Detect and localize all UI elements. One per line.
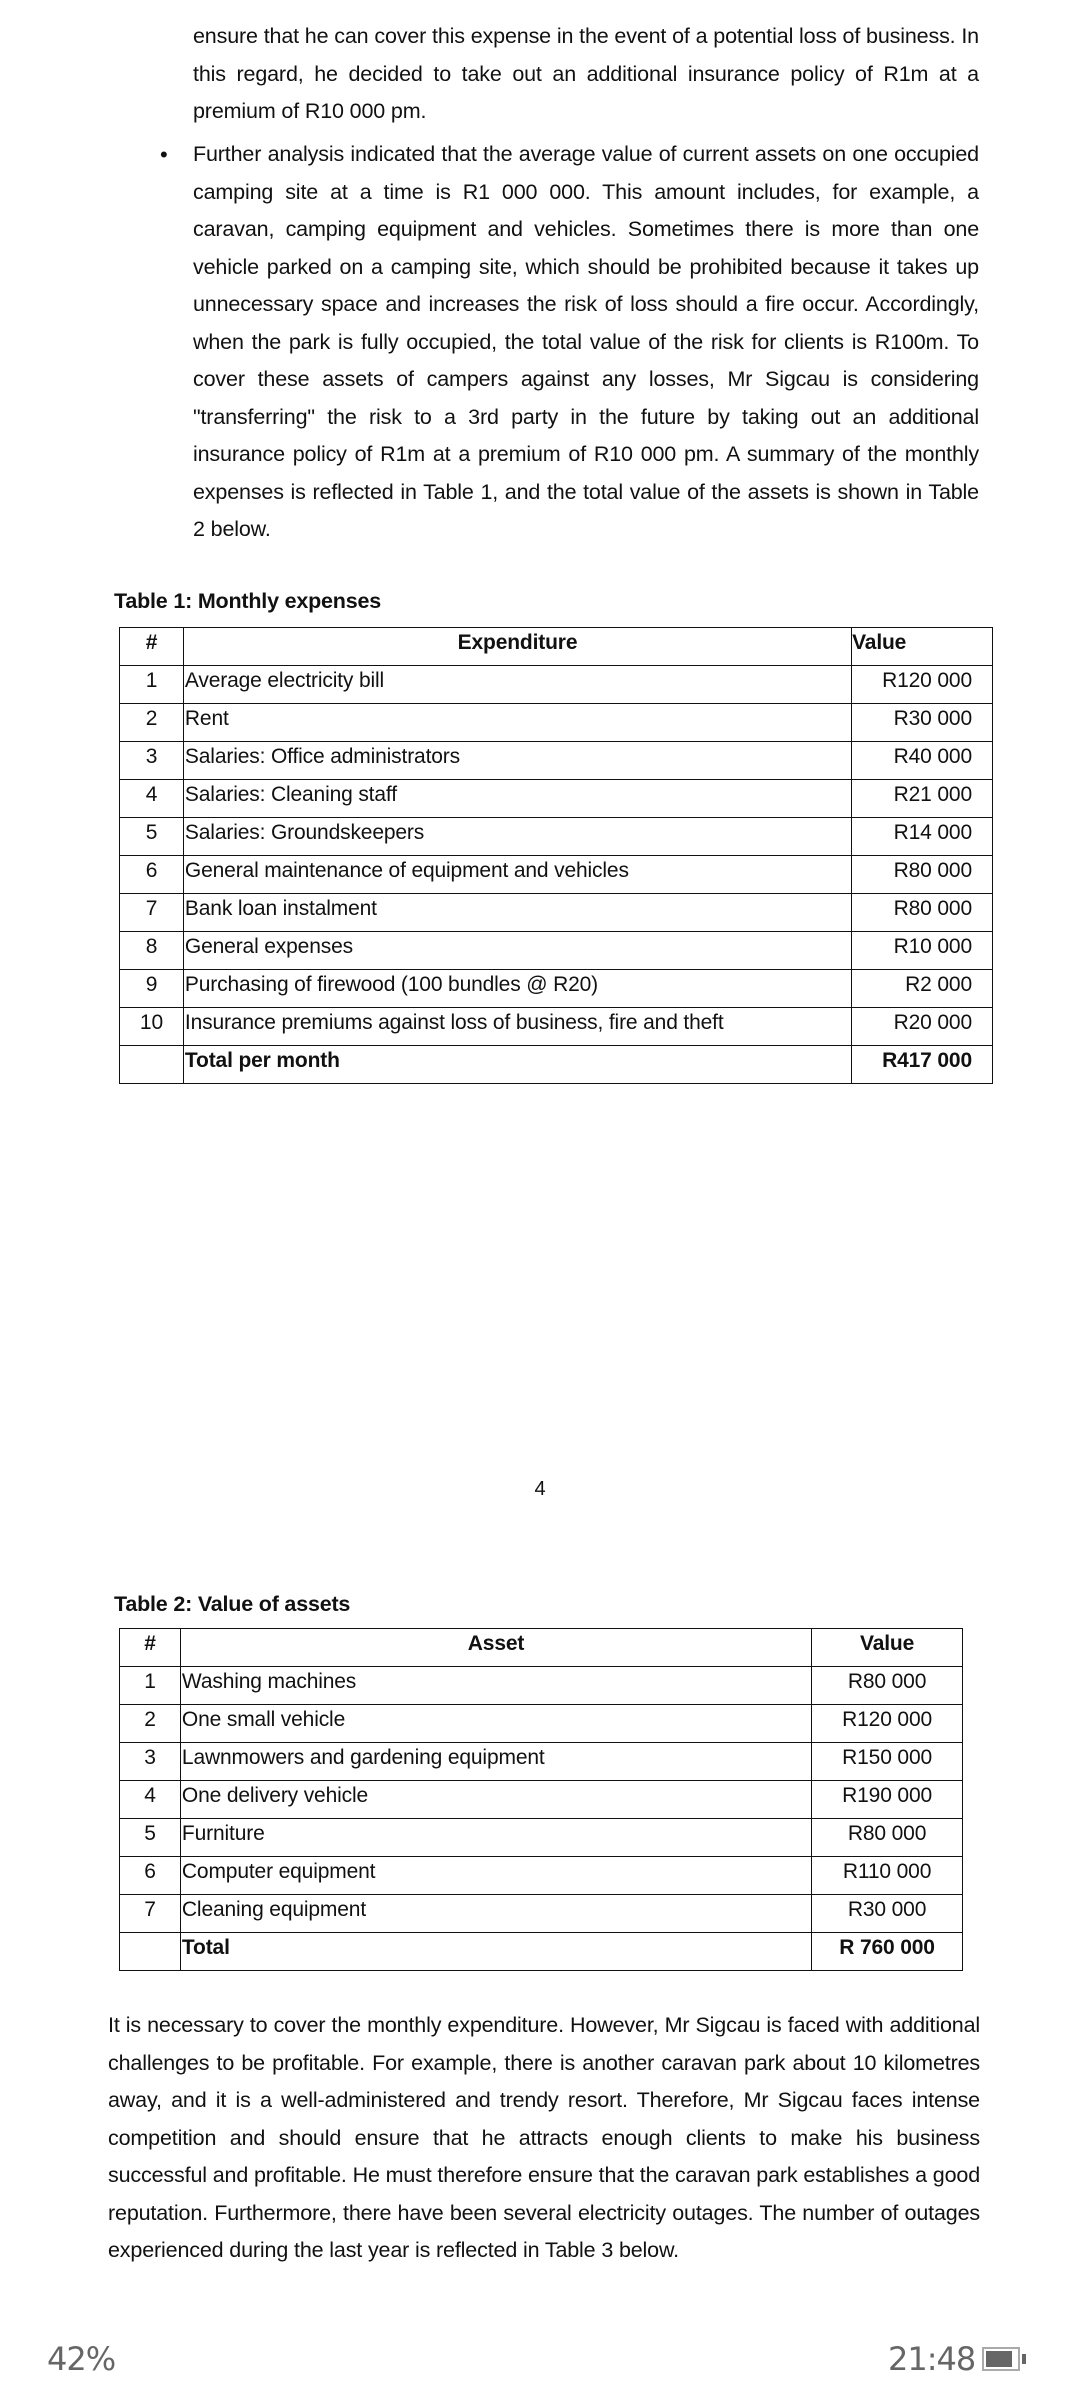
row-value: R190 000	[812, 1781, 963, 1819]
battery-icon	[982, 2347, 1020, 2371]
page-number: 4	[0, 1478, 1080, 1501]
table-row: 6Computer equipmentR110 000	[120, 1857, 963, 1895]
row-number: 5	[120, 1819, 181, 1857]
header-number: #	[120, 1629, 181, 1667]
table-header-row: # Asset Value	[120, 1629, 963, 1667]
table-total-row: Total per monthR417 000	[120, 1046, 993, 1084]
row-item: Purchasing of firewood (100 bundles @ R2…	[183, 970, 851, 1008]
table-row: 7Bank loan instalmentR80 000	[120, 894, 993, 932]
table-total-row: TotalR 760 000	[120, 1933, 963, 1971]
reader-status-bar: 42% 21:48	[0, 2330, 1080, 2390]
row-number: 6	[120, 856, 184, 894]
row-number: 7	[120, 1895, 181, 1933]
row-value: R40 000	[852, 742, 993, 780]
table1-caption: Table 1: Monthly expenses	[114, 589, 381, 614]
table-row: 7Cleaning equipmentR30 000	[120, 1895, 963, 1933]
battery-fill	[986, 2351, 1012, 2367]
row-number: 5	[120, 818, 184, 856]
table-row: 4One delivery vehicleR190 000	[120, 1781, 963, 1819]
table-row: 5FurnitureR80 000	[120, 1819, 963, 1857]
row-number: 1	[120, 666, 184, 704]
bullet-icon: •	[160, 136, 168, 174]
battery-tip	[1022, 2354, 1026, 2364]
header-value: Value	[852, 628, 993, 666]
row-number: 4	[120, 780, 184, 818]
table-row: 9Purchasing of firewood (100 bundles @ R…	[120, 970, 993, 1008]
row-value: R110 000	[812, 1857, 963, 1895]
table-row: 5Salaries: GroundskeepersR14 000	[120, 818, 993, 856]
row-item: Salaries: Office administrators	[183, 742, 851, 780]
row-value: R21 000	[852, 780, 993, 818]
row-number	[120, 1933, 181, 1971]
row-number: 3	[120, 1743, 181, 1781]
row-value: R 760 000	[812, 1933, 963, 1971]
row-item: Insurance premiums against loss of busin…	[183, 1008, 851, 1046]
row-item: Washing machines	[180, 1667, 811, 1705]
row-item: Total	[180, 1933, 811, 1971]
header-number: #	[120, 628, 184, 666]
row-number: 2	[120, 704, 184, 742]
row-item: One small vehicle	[180, 1705, 811, 1743]
header-expenditure: Expenditure	[183, 628, 851, 666]
table-row: 8General expensesR10 000	[120, 932, 993, 970]
table-row: 2RentR30 000	[120, 704, 993, 742]
row-item: General expenses	[183, 932, 851, 970]
table-row: 6General maintenance of equipment and ve…	[120, 856, 993, 894]
row-value: R30 000	[812, 1895, 963, 1933]
row-number: 6	[120, 1857, 181, 1895]
asset-value-table: # Asset Value 1Washing machinesR80 0002O…	[119, 1628, 963, 1971]
row-value: R150 000	[812, 1743, 963, 1781]
row-value: R20 000	[852, 1008, 993, 1046]
row-item: Rent	[183, 704, 851, 742]
row-item: Furniture	[180, 1819, 811, 1857]
row-number: 2	[120, 1705, 181, 1743]
table-row: 3Salaries: Office administratorsR40 000	[120, 742, 993, 780]
row-number: 10	[120, 1008, 184, 1046]
row-number: 8	[120, 932, 184, 970]
row-number: 7	[120, 894, 184, 932]
clock: 21:48	[888, 2340, 975, 2378]
table2-caption: Table 2: Value of assets	[114, 1592, 350, 1617]
table-row: 2One small vehicleR120 000	[120, 1705, 963, 1743]
row-value: R120 000	[812, 1705, 963, 1743]
row-number: 3	[120, 742, 184, 780]
row-number: 4	[120, 1781, 181, 1819]
row-item: One delivery vehicle	[180, 1781, 811, 1819]
row-item: Cleaning equipment	[180, 1895, 811, 1933]
row-value: R30 000	[852, 704, 993, 742]
table-row: 10Insurance premiums against loss of bus…	[120, 1008, 993, 1046]
monthly-expenses-table: # Expenditure Value 1Average electricity…	[119, 627, 993, 1084]
table-row: 1Washing machinesR80 000	[120, 1667, 963, 1705]
row-item: Total per month	[183, 1046, 851, 1084]
table-header-row: # Expenditure Value	[120, 628, 993, 666]
row-item: Bank loan instalment	[183, 894, 851, 932]
header-asset: Asset	[180, 1629, 811, 1667]
table-row: 3Lawnmowers and gardening equipmentR150 …	[120, 1743, 963, 1781]
paragraph-bottom: It is necessary to cover the monthly exp…	[108, 2007, 980, 2270]
row-value: R10 000	[852, 932, 993, 970]
row-value: R80 000	[852, 894, 993, 932]
row-item: Salaries: Groundskeepers	[183, 818, 851, 856]
row-number: 1	[120, 1667, 181, 1705]
zoom-level[interactable]: 42%	[47, 2340, 115, 2378]
bullet-paragraph: Further analysis indicated that the aver…	[193, 136, 979, 549]
row-item: Salaries: Cleaning staff	[183, 780, 851, 818]
row-value: R80 000	[812, 1819, 963, 1857]
row-item: Lawnmowers and gardening equipment	[180, 1743, 811, 1781]
row-number	[120, 1046, 184, 1084]
table-row: 4Salaries: Cleaning staffR21 000	[120, 780, 993, 818]
row-item: General maintenance of equipment and veh…	[183, 856, 851, 894]
paragraph-top: ensure that he can cover this expense in…	[193, 18, 979, 131]
table-row: 1Average electricity billR120 000	[120, 666, 993, 704]
row-item: Average electricity bill	[183, 666, 851, 704]
row-number: 9	[120, 970, 184, 1008]
row-value: R417 000	[852, 1046, 993, 1084]
row-item: Computer equipment	[180, 1857, 811, 1895]
row-value: R80 000	[852, 856, 993, 894]
row-value: R120 000	[852, 666, 993, 704]
header-value: Value	[812, 1629, 963, 1667]
row-value: R14 000	[852, 818, 993, 856]
row-value: R2 000	[852, 970, 993, 1008]
row-value: R80 000	[812, 1667, 963, 1705]
